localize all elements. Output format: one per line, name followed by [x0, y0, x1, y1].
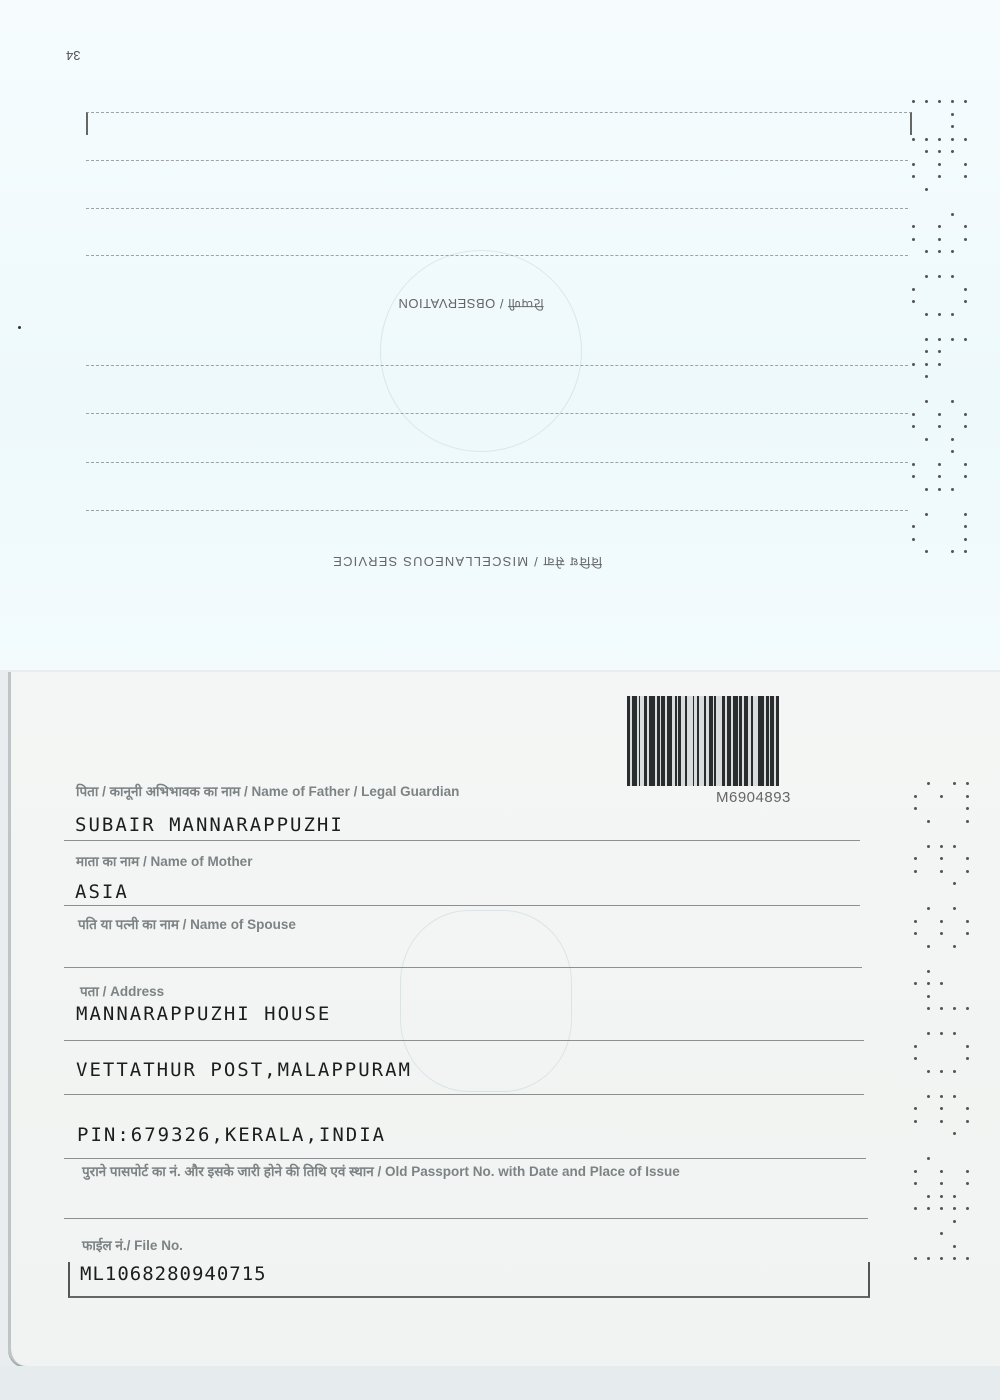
- observation-box: [86, 112, 912, 135]
- perforation-dot: [914, 1182, 917, 1185]
- perforation-dot: [966, 870, 969, 873]
- perforation-dot: [964, 163, 967, 166]
- perforation-dot: [925, 363, 928, 366]
- perforation-dot: [914, 1207, 917, 1210]
- perforation-dot: [925, 150, 928, 153]
- perforation-dot: [964, 288, 967, 291]
- emblem-watermark-icon: [380, 250, 582, 452]
- perforation-dot: [938, 363, 941, 366]
- perforated-number-icon: [912, 100, 972, 560]
- perforation-dot: [953, 845, 956, 848]
- perforation-dot: [925, 275, 928, 278]
- perforation-dot: [927, 1195, 930, 1198]
- old-passport-label: पुराने पासपोर्ट का नं. और इसके जारी होने…: [82, 1162, 680, 1180]
- perforation-dot: [964, 550, 967, 553]
- father-name-label: पिता / कानूनी अभिभावक का नाम / Name of F…: [76, 782, 459, 800]
- spouse-name-label: पति या पत्नी का नाम / Name of Spouse: [78, 915, 296, 933]
- observation-page: 34 टिप्पणी / OBSERVATION विविध सेवा / MI…: [0, 0, 1000, 670]
- perforation-dot: [927, 1070, 930, 1073]
- field-rule: [64, 840, 860, 841]
- ruled-line: [86, 160, 908, 161]
- perforation-dot: [953, 1132, 956, 1135]
- mother-name-value: ASIA: [75, 881, 129, 903]
- perforation-dot: [938, 425, 941, 428]
- perforation-dot: [940, 845, 943, 848]
- file-number-value: ML1068280940715: [80, 1263, 267, 1285]
- perforation-dot: [964, 538, 967, 541]
- perforation-dot: [951, 313, 954, 316]
- perforation-dot: [925, 488, 928, 491]
- perforation-dot: [966, 1257, 969, 1260]
- perforation-dot: [938, 313, 941, 316]
- perforation-dot: [966, 807, 969, 810]
- perforation-dot: [953, 882, 956, 885]
- perforation-dot: [940, 1032, 943, 1035]
- perforation-dot: [964, 525, 967, 528]
- perforation-dot: [953, 1007, 956, 1010]
- perforation-dot: [925, 313, 928, 316]
- perforation-dot: [925, 513, 928, 516]
- perforation-dot: [953, 1195, 956, 1198]
- perforation-dot: [925, 550, 928, 553]
- perforation-dot: [940, 870, 943, 873]
- perforation-dot: [964, 425, 967, 428]
- perforation-dot: [938, 413, 941, 416]
- perforation-dot: [938, 488, 941, 491]
- perforation-dot: [966, 1120, 969, 1123]
- perforation-dot: [940, 1120, 943, 1123]
- perforation-dot: [951, 100, 954, 103]
- perforation-dot: [938, 175, 941, 178]
- perforation-dot: [953, 1207, 956, 1210]
- perforation-dot: [925, 350, 928, 353]
- perforation-dot: [953, 907, 956, 910]
- perforation-dot: [938, 138, 941, 141]
- perforation-dot: [912, 363, 915, 366]
- stray-mark: [18, 326, 21, 329]
- perforation-dot: [953, 945, 956, 948]
- perforation-dot: [953, 1257, 956, 1260]
- perforation-dot: [964, 338, 967, 341]
- perforation-dot: [938, 225, 941, 228]
- perforation-dot: [940, 1232, 943, 1235]
- field-rule: [64, 1040, 864, 1041]
- misc-service-heading: विविध सेवा / MISCELLANEOUS SERVICE: [332, 553, 602, 571]
- perforation-dot: [912, 475, 915, 478]
- perforation-dot: [914, 1045, 917, 1048]
- perforation-dot: [912, 413, 915, 416]
- perforation-dot: [964, 475, 967, 478]
- perforation-dot: [912, 525, 915, 528]
- perforation-dot: [951, 138, 954, 141]
- perforation-dot: [964, 413, 967, 416]
- perforation-dot: [925, 375, 928, 378]
- perforation-dot: [912, 163, 915, 166]
- perforation-dot: [964, 100, 967, 103]
- perforation-dot: [925, 400, 928, 403]
- perforation-dot: [938, 275, 941, 278]
- perforation-dot: [951, 488, 954, 491]
- field-rule: [64, 1218, 868, 1219]
- perforation-dot: [938, 238, 941, 241]
- perforation-dot: [912, 225, 915, 228]
- perforation-dot: [912, 425, 915, 428]
- ruled-line: [86, 255, 908, 256]
- perforation-dot: [940, 1182, 943, 1185]
- perforation-dot: [951, 338, 954, 341]
- perforation-dot: [940, 1195, 943, 1198]
- perforation-dot: [940, 1095, 943, 1098]
- perforation-dot: [912, 238, 915, 241]
- perforation-dot: [914, 807, 917, 810]
- perforation-dot: [912, 175, 915, 178]
- perforation-dot: [964, 300, 967, 303]
- scan-background: [0, 1366, 1000, 1400]
- perforation-dot: [951, 450, 954, 453]
- perforation-dot: [925, 338, 928, 341]
- perforation-dot: [966, 857, 969, 860]
- perforation-dot: [927, 1095, 930, 1098]
- perforation-dot: [951, 275, 954, 278]
- perforation-dot: [964, 238, 967, 241]
- perforation-dot: [966, 782, 969, 785]
- page-number: 34: [66, 48, 80, 63]
- father-name-value: SUBAIR MANNARAPPUZHI: [75, 814, 344, 836]
- perforation-dot: [914, 920, 917, 923]
- perforation-dot: [925, 250, 928, 253]
- perforation-dot: [953, 1032, 956, 1035]
- perforation-dot: [912, 463, 915, 466]
- address-line-2: VETTATHUR POST,MALAPPURAM: [76, 1059, 412, 1081]
- perforation-dot: [966, 1045, 969, 1048]
- perforation-dot: [940, 857, 943, 860]
- perforation-dot: [927, 1032, 930, 1035]
- perforation-dot: [940, 795, 943, 798]
- perforation-dot: [925, 188, 928, 191]
- perforation-dot: [925, 100, 928, 103]
- perforation-dot: [914, 1257, 917, 1260]
- perforation-dot: [953, 1070, 956, 1073]
- perforation-dot: [966, 1057, 969, 1060]
- perforation-dot: [966, 1007, 969, 1010]
- perforation-dot: [940, 1257, 943, 1260]
- perforation-dot: [938, 350, 941, 353]
- perforation-dot: [927, 782, 930, 785]
- perforation-dot: [927, 1257, 930, 1260]
- perforation-dot: [966, 820, 969, 823]
- perforation-dot: [953, 1245, 956, 1248]
- perforation-dot: [927, 1007, 930, 1010]
- perforation-dot: [966, 1182, 969, 1185]
- perforation-dot: [912, 138, 915, 141]
- perforation-dot: [927, 1157, 930, 1160]
- perforation-dot: [938, 463, 941, 466]
- perforation-dot: [964, 463, 967, 466]
- perforation-dot: [964, 138, 967, 141]
- perforation-dot: [938, 100, 941, 103]
- perforation-dot: [927, 970, 930, 973]
- perforation-dot: [953, 782, 956, 785]
- perforation-dot: [951, 438, 954, 441]
- perforation-dot: [951, 250, 954, 253]
- barcode-number: M6904893: [716, 789, 791, 806]
- perforation-dot: [914, 1107, 917, 1110]
- perforation-dot: [966, 920, 969, 923]
- perforation-dot: [912, 100, 915, 103]
- perforation-dot: [914, 932, 917, 935]
- perforation-dot: [914, 1170, 917, 1173]
- perforation-dot: [938, 250, 941, 253]
- perforation-dot: [925, 438, 928, 441]
- perforation-dot: [940, 932, 943, 935]
- perforation-dot: [964, 175, 967, 178]
- perforation-dot: [940, 920, 943, 923]
- perforation-dot: [914, 795, 917, 798]
- address-line-1: MANNARAPPUZHI HOUSE: [76, 1003, 331, 1025]
- field-rule: [64, 1094, 864, 1095]
- field-rule: [64, 905, 860, 906]
- perforation-dot: [938, 338, 941, 341]
- perforated-number-icon: [914, 782, 974, 1242]
- perforation-dot: [966, 1107, 969, 1110]
- perforation-dot: [966, 1207, 969, 1210]
- perforation-dot: [951, 550, 954, 553]
- ruled-line: [86, 365, 908, 366]
- perforation-dot: [964, 513, 967, 516]
- perforation-dot: [951, 125, 954, 128]
- perforation-dot: [927, 982, 930, 985]
- perforation-dot: [927, 945, 930, 948]
- ruled-line: [86, 510, 908, 511]
- field-rule: [64, 967, 862, 968]
- perforation-dot: [914, 982, 917, 985]
- perforation-dot: [914, 1057, 917, 1060]
- perforation-dot: [927, 907, 930, 910]
- perforation-dot: [951, 400, 954, 403]
- perforation-dot: [940, 1170, 943, 1173]
- perforation-dot: [940, 1207, 943, 1210]
- perforation-dot: [938, 475, 941, 478]
- perforation-dot: [966, 932, 969, 935]
- perforation-dot: [940, 1007, 943, 1010]
- perforation-dot: [914, 857, 917, 860]
- observation-heading: टिप्पणी / OBSERVATION: [398, 295, 544, 313]
- perforation-dot: [951, 213, 954, 216]
- perforation-dot: [914, 870, 917, 873]
- ruled-line: [86, 208, 908, 209]
- address-line-3: PIN:679326,KERALA,INDIA: [77, 1124, 386, 1146]
- perforation-dot: [938, 163, 941, 166]
- perforation-dot: [927, 820, 930, 823]
- perforation-dot: [953, 1095, 956, 1098]
- perforation-dot: [940, 1070, 943, 1073]
- perforation-dot: [927, 995, 930, 998]
- perforation-dot: [938, 150, 941, 153]
- perforation-dot: [925, 138, 928, 141]
- perforation-dot: [912, 538, 915, 541]
- perforation-dot: [964, 225, 967, 228]
- perforation-dot: [912, 300, 915, 303]
- perforation-dot: [940, 982, 943, 985]
- ruled-line: [86, 413, 908, 414]
- perforation-dot: [951, 113, 954, 116]
- barcode-icon: [627, 696, 907, 786]
- perforation-dot: [927, 1207, 930, 1210]
- perforation-dot: [927, 845, 930, 848]
- emblem-watermark-icon: [400, 910, 572, 1092]
- perforation-dot: [966, 795, 969, 798]
- perforation-dot: [953, 1220, 956, 1223]
- perforation-dot: [951, 150, 954, 153]
- file-number-label: फाईल नं./ File No.: [82, 1236, 183, 1254]
- perforation-dot: [940, 1107, 943, 1110]
- mother-name-label: माता का नाम / Name of Mother: [76, 852, 252, 870]
- field-rule: [64, 1158, 866, 1159]
- ruled-line: [86, 462, 908, 463]
- perforation-dot: [914, 1120, 917, 1123]
- address-label: पता / Address: [80, 982, 164, 1000]
- perforation-dot: [966, 1170, 969, 1173]
- perforation-dot: [912, 288, 915, 291]
